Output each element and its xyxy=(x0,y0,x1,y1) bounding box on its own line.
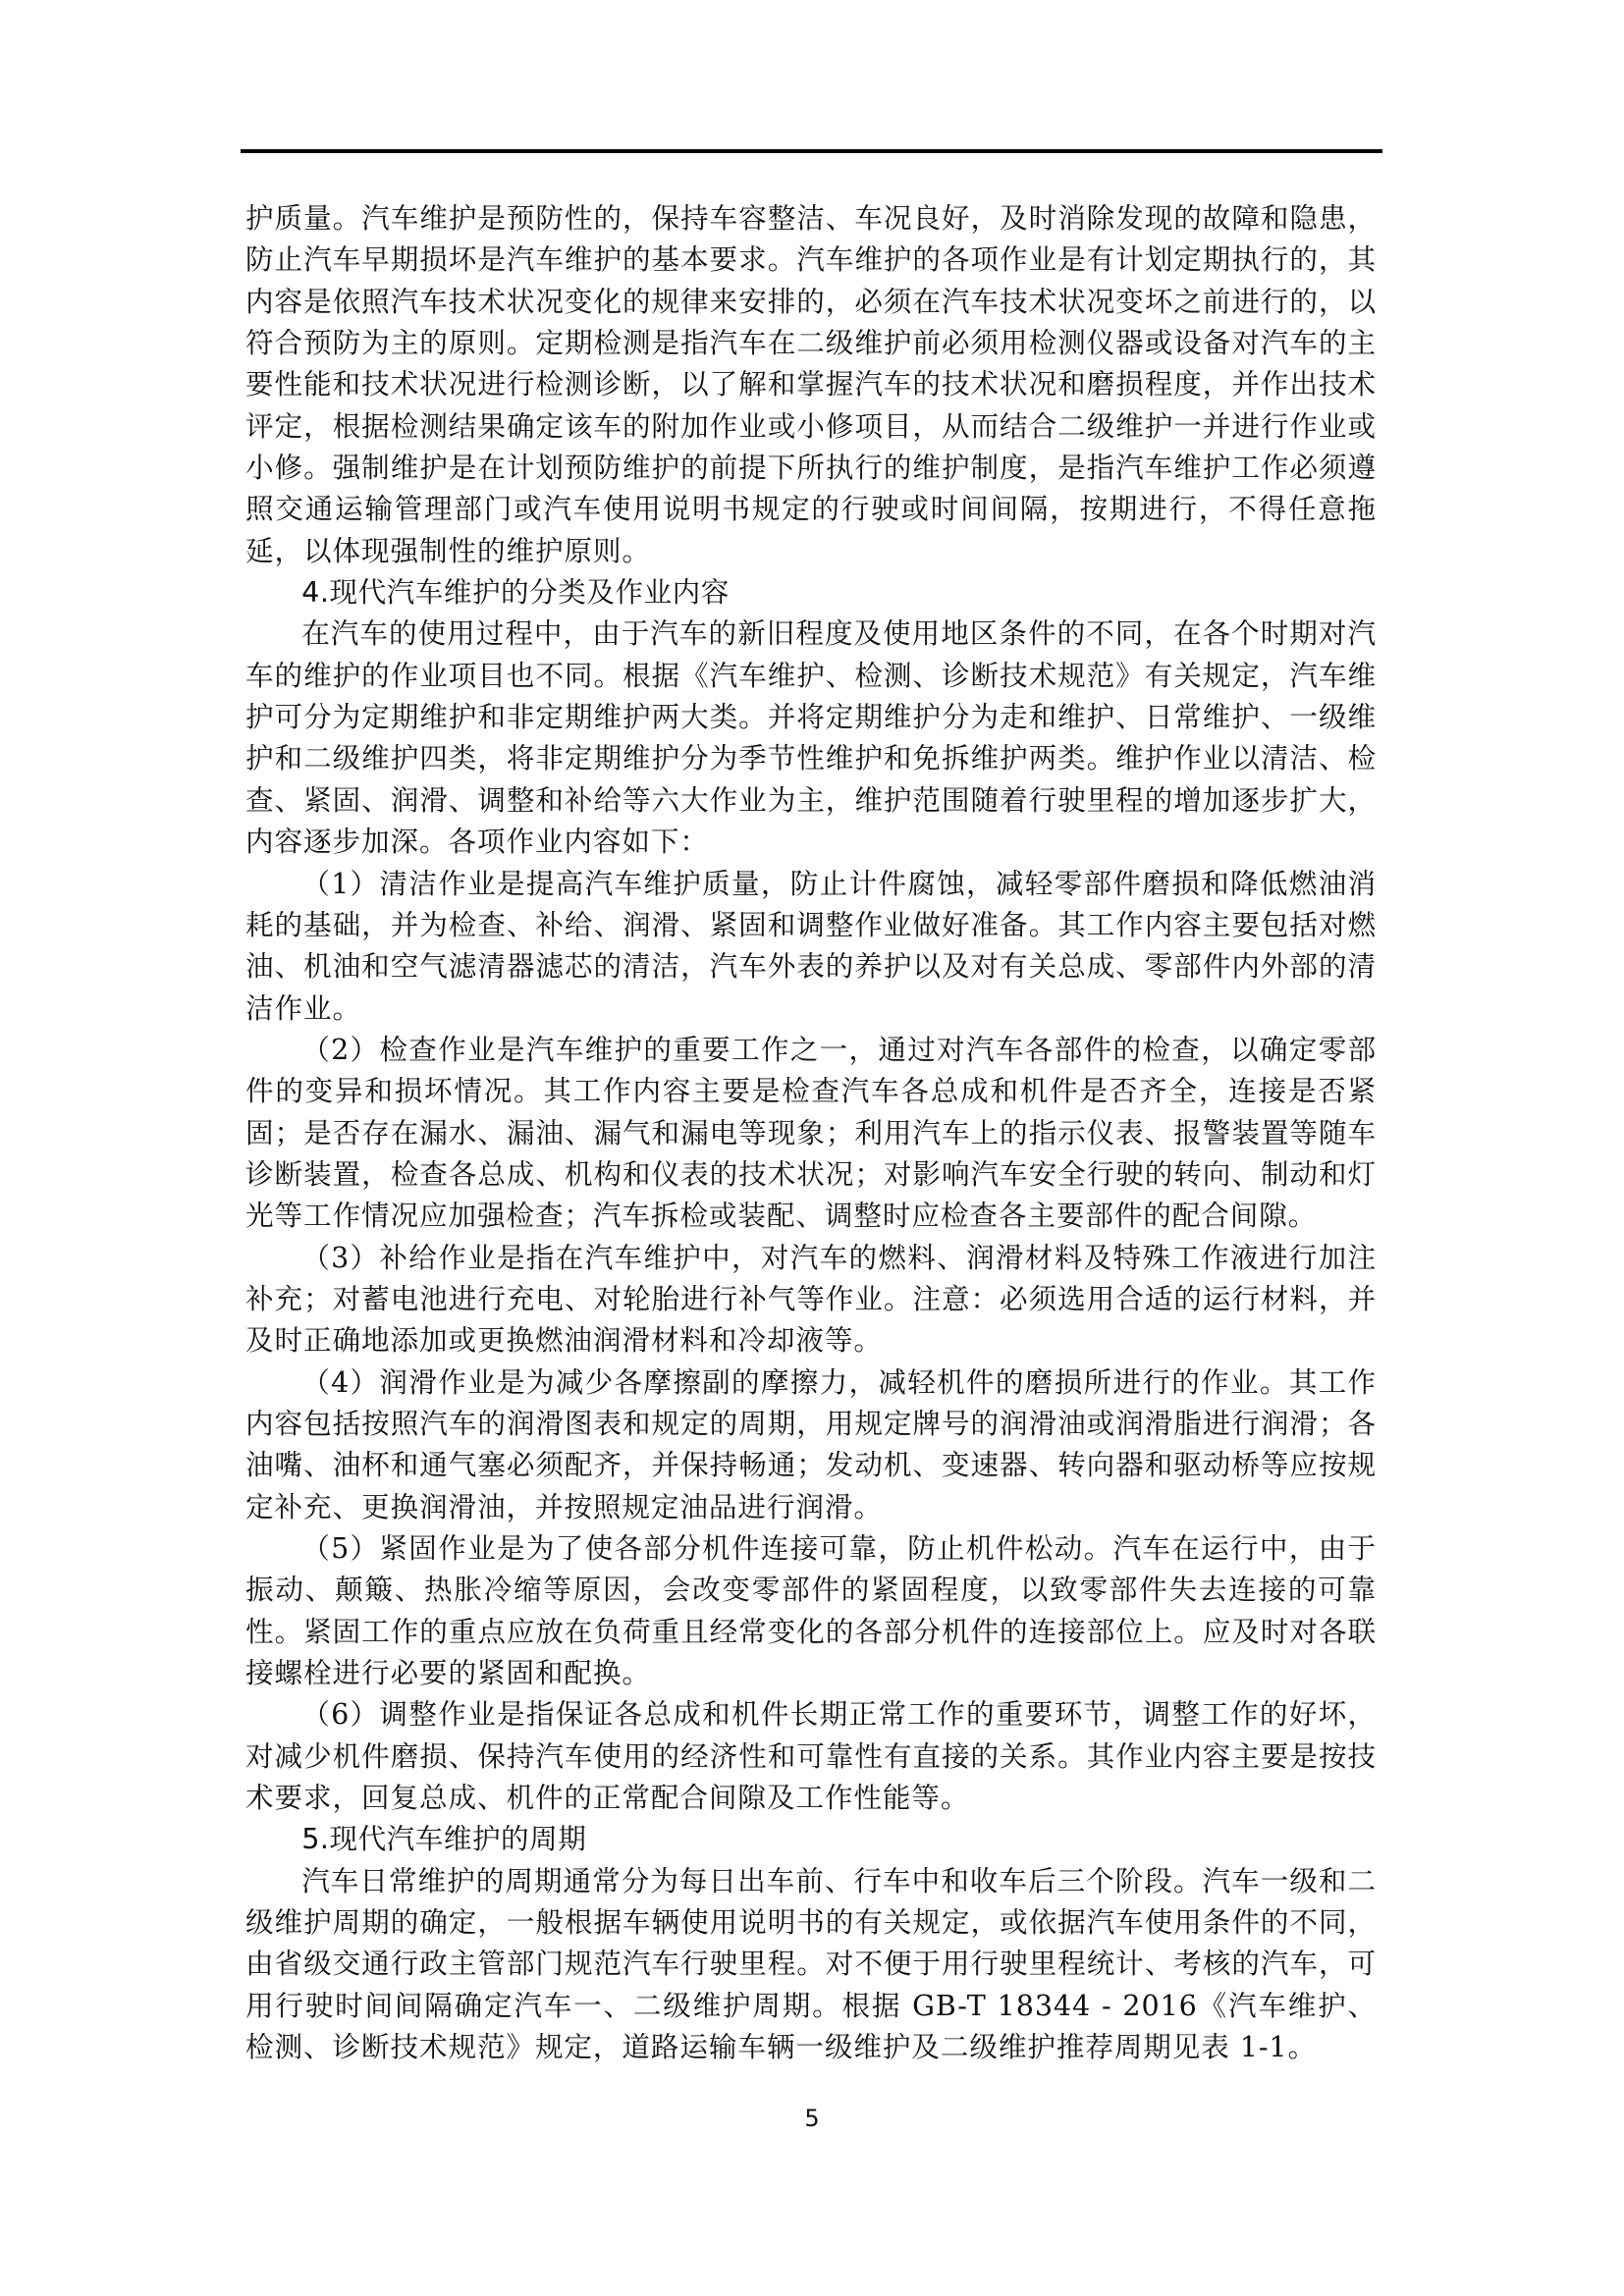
header-rule xyxy=(241,149,1382,153)
body-text: 护质量。汽车维护是预防性的，保持车容整洁、车况良好，及时消除发现的故障和隐患，防… xyxy=(245,197,1377,2067)
paragraph-maintenance-cycle: 汽车日常维护的周期通常分为每日出车前、行车中和收车后三个阶段。汽车一级和二级维护… xyxy=(245,1860,1377,2068)
list-item-cleaning: （1）清洁作业是提高汽车维护质量，防止计件腐蚀，减轻零部件磨损和降低燃油消耗的基… xyxy=(245,863,1377,1029)
list-item-lubrication: （4）润滑作业是为减少各摩擦副的摩擦力，减轻机件的磨损所进行的作业。其工作内容包… xyxy=(245,1362,1377,1527)
paragraph-continued: 护质量。汽车维护是预防性的，保持车容整洁、车况良好，及时消除发现的故障和隐患，防… xyxy=(245,197,1377,571)
list-item-inspection: （2）检查作业是汽车维护的重要工作之一，通过对汽车各部件的检查，以确定零部件的变… xyxy=(245,1029,1377,1237)
list-item-adjustment: （6）调整作业是指保证各总成和机件长期正常工作的重要环节，调整工作的好坏，对减少… xyxy=(245,1693,1377,1818)
page-number: 5 xyxy=(0,2105,1624,2132)
list-item-fastening: （5）紧固作业是为了使各部分机件连接可靠，防止机件松动。汽车在运行中，由于振动、… xyxy=(245,1527,1377,1693)
section-heading-4: 4.现代汽车维护的分类及作业内容 xyxy=(245,571,1377,613)
paragraph-classification: 在汽车的使用过程中，由于汽车的新旧程度及使用地区条件的不同，在各个时期对汽车的维… xyxy=(245,613,1377,862)
list-item-replenishment: （3）补给作业是指在汽车维护中，对汽车的燃料、润滑材料及特殊工作液进行加注补充；… xyxy=(245,1237,1377,1362)
section-heading-5: 5.现代汽车维护的周期 xyxy=(245,1818,1377,1859)
document-page: 护质量。汽车维护是预防性的，保持车容整洁、车况良好，及时消除发现的故障和隐患，防… xyxy=(0,0,1624,2296)
